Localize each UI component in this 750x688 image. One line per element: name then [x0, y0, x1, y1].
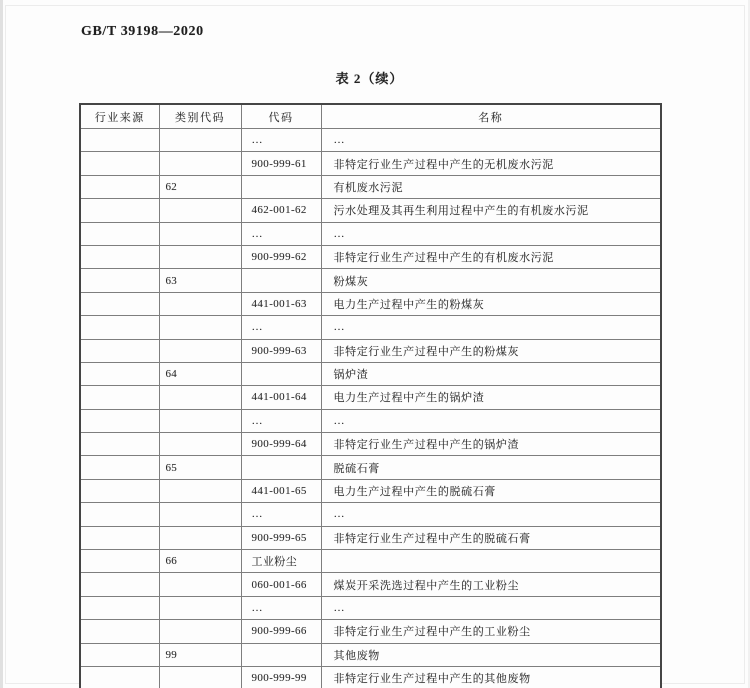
cell-name: … [321, 222, 661, 245]
cell-industry-source [80, 433, 159, 456]
cell-name: 非特定行业生产过程中产生的其他废物 [321, 666, 661, 688]
cell-name: 锅炉渣 [321, 362, 661, 385]
cell-code [241, 362, 321, 385]
cell-name: 非特定行业生产过程中产生的工业粉尘 [321, 620, 661, 643]
table-row: 900-999-61 非特定行业生产过程中产生的无机废水污泥 [80, 152, 661, 175]
cell-code: 441-001-65 [241, 479, 321, 502]
cell-category-code [159, 292, 241, 315]
cell-code: 900-999-66 [241, 620, 321, 643]
cell-code: 900-999-99 [241, 666, 321, 688]
cell-category-code [159, 503, 241, 526]
cell-category-code [159, 199, 241, 222]
cell-category-code [159, 433, 241, 456]
cell-code: 900-999-61 [241, 152, 321, 175]
cell-code: 441-001-63 [241, 292, 321, 315]
table-row: 900-999-65 非特定行业生产过程中产生的脱硫石膏 [80, 526, 661, 549]
cell-code: 900-999-63 [241, 339, 321, 362]
cell-name: … [321, 503, 661, 526]
cell-industry-source [80, 245, 159, 268]
cell-category-code [159, 222, 241, 245]
table-header: 行业来源 类别代码 代码 名称 [80, 104, 661, 129]
cell-code: 462-001-62 [241, 199, 321, 222]
table-row: 63 粉煤灰 [80, 269, 661, 292]
cell-industry-source [80, 199, 159, 222]
table-row: … … [80, 503, 661, 526]
cell-category-code [159, 245, 241, 268]
cell-code [241, 456, 321, 479]
cell-code: 900-999-62 [241, 245, 321, 268]
table-row: … … [80, 316, 661, 339]
table-row: 62 有机废水污泥 [80, 175, 661, 198]
cell-category-code [159, 386, 241, 409]
cell-category-code [159, 409, 241, 432]
cell-category-code [159, 573, 241, 596]
cell-industry-source [80, 526, 159, 549]
cell-category-code [159, 620, 241, 643]
cell-name [321, 550, 661, 573]
cell-industry-source [80, 596, 159, 619]
cell-category-code: 62 [159, 175, 241, 198]
table-row: 64 锅炉渣 [80, 362, 661, 385]
cell-code: … [241, 316, 321, 339]
cell-category-code: 65 [159, 456, 241, 479]
cell-code [241, 643, 321, 666]
cell-name: 有机废水污泥 [321, 175, 661, 198]
cell-name: 其他废物 [321, 643, 661, 666]
cell-code: … [241, 503, 321, 526]
table-row: 900-999-99 非特定行业生产过程中产生的其他废物 [80, 666, 661, 688]
cell-category-code [159, 316, 241, 339]
cell-name: 非特定行业生产过程中产生的有机废水污泥 [321, 245, 661, 268]
cell-code: 900-999-64 [241, 433, 321, 456]
cell-code: … [241, 596, 321, 619]
cell-industry-source [80, 316, 159, 339]
table-row: 060-001-66 煤炭开采洗选过程中产生的工业粉尘 [80, 573, 661, 596]
table-row: 65 脱硫石膏 [80, 456, 661, 479]
table-row: … … [80, 596, 661, 619]
cell-industry-source [80, 292, 159, 315]
cell-industry-source [80, 503, 159, 526]
cell-name: 电力生产过程中产生的脱硫石膏 [321, 479, 661, 502]
column-header-industry-source: 行业来源 [80, 104, 159, 129]
cell-name: 污水处理及其再生利用过程中产生的有机废水污泥 [321, 199, 661, 222]
cell-industry-source [80, 222, 159, 245]
cell-name: 非特定行业生产过程中产生的无机废水污泥 [321, 152, 661, 175]
cell-industry-source [80, 620, 159, 643]
cell-industry-source [80, 175, 159, 198]
table-row: 900-999-63 非特定行业生产过程中产生的粉煤灰 [80, 339, 661, 362]
cell-industry-source [80, 666, 159, 688]
table-row: 66 工业粉尘 [80, 550, 661, 573]
cell-name: 粉煤灰 [321, 269, 661, 292]
standard-number: GB/T 39198—2020 [81, 24, 204, 40]
cell-industry-source [80, 456, 159, 479]
cell-name: … [321, 596, 661, 619]
cell-industry-source [80, 129, 159, 152]
cell-name: 非特定行业生产过程中产生的脱硫石膏 [321, 526, 661, 549]
table-body: … … 900-999-61 非特定行业生产过程中产生的无机废水污泥 62 有机… [80, 129, 661, 688]
cell-name: 脱硫石膏 [321, 456, 661, 479]
cell-industry-source [80, 409, 159, 432]
cell-industry-source [80, 573, 159, 596]
cell-industry-source [80, 269, 159, 292]
cell-industry-source [80, 152, 159, 175]
cell-category-code: 99 [159, 643, 241, 666]
table-row: 900-999-62 非特定行业生产过程中产生的有机废水污泥 [80, 245, 661, 268]
cell-industry-source [80, 479, 159, 502]
document-page: GB/T 39198—2020 表 2（续） 行业来源 类别代码 代码 名称 …… [0, 0, 750, 688]
cell-category-code [159, 479, 241, 502]
cell-industry-source [80, 386, 159, 409]
cell-code: 900-999-65 [241, 526, 321, 549]
cell-category-code [159, 666, 241, 688]
cell-name: 电力生产过程中产生的锅炉渣 [321, 386, 661, 409]
cell-name: … [321, 316, 661, 339]
cell-name: 非特定行业生产过程中产生的粉煤灰 [321, 339, 661, 362]
table-row: 441-001-65 电力生产过程中产生的脱硫石膏 [80, 479, 661, 502]
cell-code: 441-001-64 [241, 386, 321, 409]
table-row: … … [80, 222, 661, 245]
table-row: 441-001-63 电力生产过程中产生的粉煤灰 [80, 292, 661, 315]
cell-category-code [159, 526, 241, 549]
cell-category-code: 64 [159, 362, 241, 385]
table-row: 462-001-62 污水处理及其再生利用过程中产生的有机废水污泥 [80, 199, 661, 222]
cell-name: … [321, 409, 661, 432]
cell-industry-source [80, 339, 159, 362]
cell-name: 煤炭开采洗选过程中产生的工业粉尘 [321, 573, 661, 596]
table-row: 900-999-64 非特定行业生产过程中产生的锅炉渣 [80, 433, 661, 456]
table-row: 441-001-64 电力生产过程中产生的锅炉渣 [80, 386, 661, 409]
header-row: 行业来源 类别代码 代码 名称 [80, 104, 661, 129]
cell-industry-source [80, 362, 159, 385]
cell-code [241, 175, 321, 198]
column-header-name: 名称 [321, 104, 661, 129]
cell-category-code: 66 [159, 550, 241, 573]
cell-code: 060-001-66 [241, 573, 321, 596]
cell-category-code [159, 339, 241, 362]
table-row: 900-999-66 非特定行业生产过程中产生的工业粉尘 [80, 620, 661, 643]
cell-code [241, 269, 321, 292]
cell-name: 电力生产过程中产生的粉煤灰 [321, 292, 661, 315]
cell-category-code [159, 152, 241, 175]
table-title: 表 2（续） [79, 68, 660, 87]
cell-industry-source [80, 643, 159, 666]
cell-name: 非特定行业生产过程中产生的锅炉渣 [321, 433, 661, 456]
table-row: … … [80, 409, 661, 432]
table-row: 99 其他废物 [80, 643, 661, 666]
cell-category-code [159, 596, 241, 619]
scan-edge-left [0, 0, 3, 688]
cell-category-code: 63 [159, 269, 241, 292]
cell-code: … [241, 222, 321, 245]
cell-code: … [241, 129, 321, 152]
column-header-code: 代码 [241, 104, 321, 129]
cell-name: … [321, 129, 661, 152]
waste-code-table: 行业来源 类别代码 代码 名称 … … 900-999-61 非特定行业生产过程… [79, 103, 662, 688]
cell-category-code [159, 129, 241, 152]
cell-code: 工业粉尘 [241, 550, 321, 573]
cell-code: … [241, 409, 321, 432]
table-row: … … [80, 129, 661, 152]
cell-industry-source [80, 550, 159, 573]
column-header-category-code: 类别代码 [159, 104, 241, 129]
